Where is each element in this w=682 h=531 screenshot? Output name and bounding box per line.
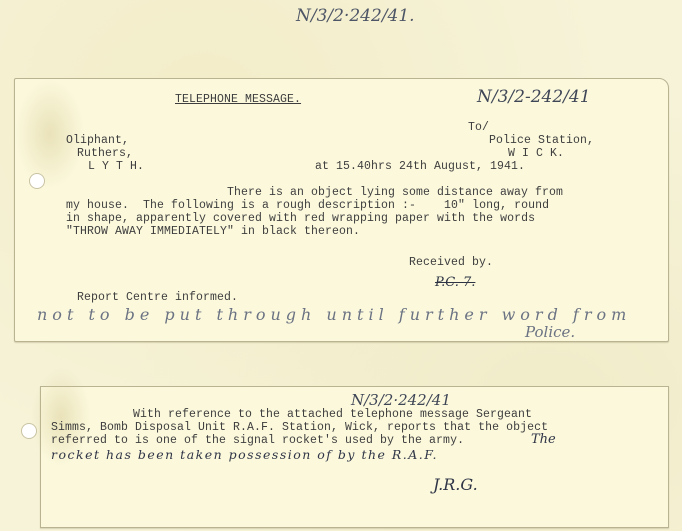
from-line-2: Ruthers, — [77, 147, 133, 160]
handwritten-note-line-1: not to be put through until further word… — [37, 305, 631, 324]
signature: J.R.G. — [433, 475, 478, 494]
reply-line-3: referred to is one of the signal rocket'… — [51, 434, 464, 447]
punch-hole — [29, 173, 45, 189]
from-line-3: L Y T H. — [88, 160, 144, 173]
reply-line-1: With reference to the attached telephone… — [133, 408, 532, 421]
received-by-label: Received by. — [409, 256, 493, 269]
punch-hole — [21, 423, 37, 439]
from-line-1: Oliphant, — [66, 134, 129, 147]
handwritten-note-line-2: Police. — [525, 323, 575, 341]
body-line-2: my house. The following is a rough descr… — [66, 199, 549, 212]
to-label: To/ — [468, 121, 489, 134]
to-line-1: Police Station, — [489, 134, 594, 147]
handwritten-continuation: rocket has been taken possession of by t… — [51, 447, 438, 462]
archive-reference-top: N/3/2·242/41. — [296, 6, 415, 26]
time-line: at 15.40hrs 24th August, 1941. — [315, 160, 525, 173]
received-by-signature: P.C. 7. — [435, 275, 475, 290]
body-line-3: in shape, apparently covered with red wr… — [66, 212, 535, 225]
handwritten-reference: N/3/2·242/41 — [351, 391, 451, 409]
to-line-2: W I C K. — [508, 147, 564, 160]
message-title: TELEPHONE MESSAGE. — [175, 93, 301, 106]
body-line-1: There is an object lying some distance a… — [227, 186, 563, 199]
reply-line-2: Simms, Bomb Disposal Unit R.A.F. Station… — [51, 421, 548, 434]
handwritten-continuation-start: The — [531, 432, 556, 447]
report-centre-note: Report Centre informed. — [77, 291, 238, 304]
telephone-message-card: N/3/2-242/41 TELEPHONE MESSAGE. To/ Olip… — [14, 78, 669, 342]
handwritten-reference: N/3/2-242/41 — [477, 87, 591, 107]
reply-note-card: N/3/2·242/41 With reference to the attac… — [40, 386, 669, 528]
body-line-4: "THROW AWAY IMMEDIATELY" in black thereo… — [66, 225, 360, 238]
